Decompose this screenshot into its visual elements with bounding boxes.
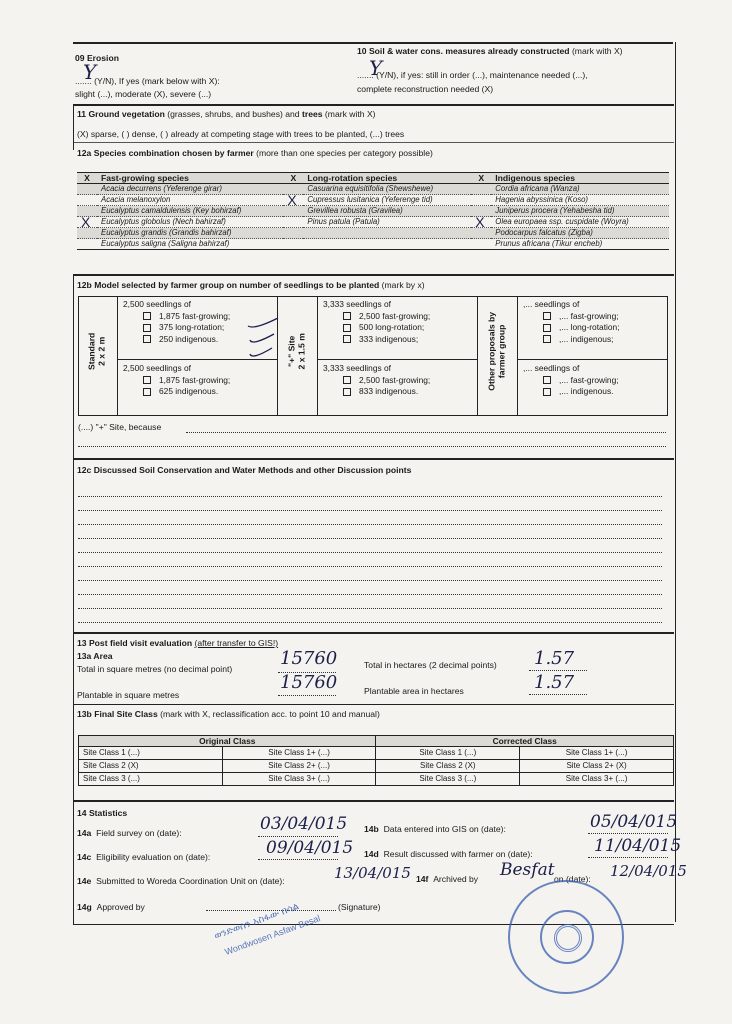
mark-cell[interactable] (77, 184, 97, 195)
signature-label: (Signature) (338, 902, 381, 912)
discussion-line[interactable] (78, 524, 662, 525)
discussion-line[interactable] (78, 566, 662, 567)
model-grid: Standard2 x 2 m 2,500 seedlings of 1,875… (78, 296, 668, 416)
species-fast-1: Acacia melanoxylon (97, 195, 283, 206)
mark-cell[interactable] (471, 195, 491, 206)
plantable-ha-label: Plantable area in hectares (364, 686, 464, 696)
post-eval-title: 13 Post field visit evaluation (after tr… (77, 638, 278, 648)
mark-cell[interactable] (283, 239, 303, 250)
plantable-sqm-value[interactable]: 15760 (280, 672, 337, 693)
field-survey-date[interactable]: 03/04/015 (260, 814, 347, 834)
site-class-section: 13b Final Site Class (mark with X, recla… (73, 704, 674, 801)
original-class-3plus[interactable]: Site Class 3+ (...) (222, 773, 376, 786)
original-class-header: Original Class (79, 736, 376, 747)
plus-option-a[interactable]: 3,333 seedlings of 2,500 fast-growing; 5… (323, 299, 430, 345)
handwritten-ticks-icon (244, 316, 284, 366)
plus-option-b[interactable]: 3,333 seedlings of 2,500 fast-growing; 8… (323, 363, 430, 398)
discussion-line[interactable] (78, 622, 662, 623)
corrected-class-1[interactable]: Site Class 1 (...) (376, 747, 520, 760)
site-class-title: 13b Final Site Class (mark with X, recla… (77, 709, 380, 719)
fast-growing-header: Fast-growing species (97, 173, 283, 184)
archived-by-name[interactable]: Besfat (500, 860, 555, 880)
species-table: X Fast-growing species X Long-rotation s… (77, 172, 669, 250)
erosion-line2: slight (...), moderate (X), severe (...) (75, 89, 211, 99)
species-long-2: Grevillea robusta (Gravilea) (303, 206, 471, 217)
result-discussed-date[interactable]: 11/04/015 (594, 836, 681, 856)
discussion-section: 12c Discussed Soil Conservation and Wate… (73, 458, 674, 632)
archived-date[interactable]: 12/04/015 (610, 862, 687, 880)
erosion-title: 09 Erosion (75, 53, 119, 63)
total-sqm-value[interactable]: 15760 (280, 648, 337, 669)
stat-14g: 14g Approved by (77, 902, 145, 912)
species-long-4 (303, 228, 471, 239)
model-title: 12b Model selected by farmer group on nu… (77, 280, 425, 290)
mark-cell[interactable]: X (471, 217, 491, 228)
checkbox[interactable] (343, 388, 351, 396)
species-indig-1: Hagenia abyssinica (Koso) (491, 195, 669, 206)
total-sqm-label: Total in square metres (no decimal point… (77, 664, 232, 674)
erosion-soil-section: 09 Erosion Y ....... (Y/N), If yes (mark… (73, 42, 673, 102)
standard-label: Standard2 x 2 m (87, 301, 108, 401)
species-indig-5: Prunus africana (Tikur encheb) (491, 239, 669, 250)
species-long-3: Pinus patula (Patula) (303, 217, 471, 228)
other-option-a[interactable]: ,... seedlings of ,... fast-growing; ,..… (523, 299, 620, 345)
species-indig-0: Cordia africana (Wanza) (491, 184, 669, 195)
area-title: 13a Area (77, 651, 113, 661)
corrected-class-2[interactable]: Site Class 2 (X) (376, 760, 520, 773)
discussion-line[interactable] (78, 608, 662, 609)
original-class-3[interactable]: Site Class 3 (...) (79, 773, 223, 786)
mark-cell[interactable] (283, 217, 303, 228)
discussion-line[interactable] (78, 510, 662, 511)
corrected-class-1plus[interactable]: Site Class 1+ (...) (520, 747, 674, 760)
checkbox[interactable] (343, 312, 351, 320)
vegetation-section: 11 Ground vegetation (grasses, shrubs, a… (73, 104, 674, 150)
submitted-date[interactable]: 13/04/015 (334, 864, 411, 882)
species-indig-3: Olea europaea ssp. cuspidate (Woyra) (491, 217, 669, 228)
model-section: 12b Model selected by farmer group on nu… (73, 274, 674, 462)
checkbox[interactable] (543, 324, 551, 332)
other-proposals-label: Other proposals byfarmer group (487, 301, 508, 401)
checkbox[interactable] (143, 376, 151, 384)
mark-cell[interactable]: X (283, 195, 303, 206)
checkbox[interactable] (543, 312, 551, 320)
discussion-line[interactable] (78, 580, 662, 581)
standard-option-b[interactable]: 2,500 seedlings of 1,875 fast-growing; 6… (123, 363, 230, 398)
post-eval-section: 13 Post field visit evaluation (after tr… (73, 632, 674, 706)
checkbox[interactable] (543, 335, 551, 343)
checkbox[interactable] (143, 312, 151, 320)
checkbox[interactable] (543, 388, 551, 396)
species-fast-4: Eucalyptus grandis (Grandis bahirzaf) (97, 228, 283, 239)
species-long-5 (303, 239, 471, 250)
species-long-0: Casuarina equisitifolia (Shewshewe) (303, 184, 471, 195)
species-indig-4: Podocarpus falcatus (Zigba) (491, 228, 669, 239)
corrected-class-3plus[interactable]: Site Class 3+ (...) (520, 773, 674, 786)
stat-14c: 14c Eligibility evaluation on (date): (77, 852, 210, 862)
species-section-title: 12a Species combination chosen by farmer… (77, 148, 433, 158)
original-class-2[interactable]: Site Class 2 (X) (79, 760, 223, 773)
species-indig-2: Juniperus procera (Yehabesha tid) (491, 206, 669, 217)
species-fast-2: Eucalyptus camaldulensis (Key bohirzaf) (97, 206, 283, 217)
checkbox[interactable] (143, 388, 151, 396)
stat-14e: 14e Submitted to Woreda Coordination Uni… (77, 876, 285, 886)
mark-cell[interactable] (471, 239, 491, 250)
checkbox[interactable] (543, 376, 551, 384)
indigenous-header: Indigenous species (491, 173, 669, 184)
checkbox[interactable] (343, 324, 351, 332)
species-fast-0: Acacia decurrens (Yeferenge girar) (97, 184, 283, 195)
soil-water-line2: complete reconstruction needed (X) (357, 84, 493, 94)
stat-14a: 14a Field survey on (date): (77, 828, 182, 838)
mark-cell[interactable] (77, 239, 97, 250)
mark-cell[interactable]: X (77, 217, 97, 228)
soil-water-title: 10 Soil & water cons. measures already c… (357, 46, 623, 56)
corrected-class-3[interactable]: Site Class 3 (...) (376, 773, 520, 786)
checkbox[interactable] (143, 335, 151, 343)
original-class-1[interactable]: Site Class 1 (...) (79, 747, 223, 760)
checkbox[interactable] (343, 376, 351, 384)
long-rotation-header: Long-rotation species (303, 173, 471, 184)
corrected-class-header: Corrected Class (376, 736, 674, 747)
standard-option-a[interactable]: 2,500 seedlings of 1,875 fast-growing; 3… (123, 299, 230, 345)
erosion-line1: ....... (Y/N), If yes (mark below with X… (75, 76, 220, 86)
eligibility-date[interactable]: 09/04/015 (266, 838, 353, 858)
discussion-line[interactable] (78, 496, 662, 497)
stat-14d: 14d Result discussed with farmer on (dat… (364, 849, 533, 859)
discussion-line[interactable] (78, 538, 662, 539)
stat-14b: 14b Data entered into GIS on (date): (364, 824, 506, 834)
checkbox[interactable] (143, 324, 151, 332)
plantable-ha-value[interactable]: 1.57 (534, 672, 574, 693)
plus-site-label: "+" Site2 x 1.5 m (287, 301, 308, 401)
species-fast-5: Eucalyptus saligna (Saligna bahirzaf) (97, 239, 283, 250)
gis-entry-date[interactable]: 05/04/015 (590, 812, 677, 832)
corrected-class-2plus[interactable]: Site Class 2+ (X) (520, 760, 674, 773)
vegetation-options[interactable]: (X) sparse, ( ) dense, ( ) already at co… (77, 129, 404, 139)
species-fast-3: Eucalyptus globolus (Nech bahirzaf) (97, 217, 283, 228)
soil-water-line1: ....... (Y/N), if yes: still in order (.… (357, 70, 588, 80)
plus-site-because[interactable]: (....) "+" Site, because (78, 422, 161, 432)
original-class-1plus[interactable]: Site Class 1+ (...) (222, 747, 376, 760)
original-class-2plus[interactable]: Site Class 2+ (...) (222, 760, 376, 773)
mark-cell[interactable] (283, 228, 303, 239)
discussion-line[interactable] (78, 552, 662, 553)
stat-14f: 14f Archived by (416, 874, 478, 884)
discussion-title: 12c Discussed Soil Conservation and Wate… (77, 465, 411, 475)
checkbox[interactable] (343, 335, 351, 343)
site-class-table: Original Class Corrected Class Site Clas… (78, 735, 674, 786)
form-page: 09 Erosion Y ....... (Y/N), If yes (mark… (73, 42, 676, 922)
total-ha-value[interactable]: 1.57 (534, 648, 574, 669)
office-stamp-icon (508, 880, 624, 994)
discussion-line[interactable] (78, 594, 662, 595)
mark-cell[interactable] (471, 184, 491, 195)
statistics-title: 14 Statistics (77, 808, 127, 818)
total-ha-label: Total in hectares (2 decimal points) (364, 660, 497, 670)
species-long-1: Cupressus lusitanica (Yeferenge tid) (303, 195, 471, 206)
vegetation-title: 11 Ground vegetation (grasses, shrubs, a… (77, 109, 376, 119)
mark-cell[interactable] (77, 195, 97, 206)
plantable-sqm-label: Plantable in square metres (77, 690, 179, 700)
other-option-b[interactable]: ,... seedlings of ,... fast-growing; ,..… (523, 363, 619, 398)
